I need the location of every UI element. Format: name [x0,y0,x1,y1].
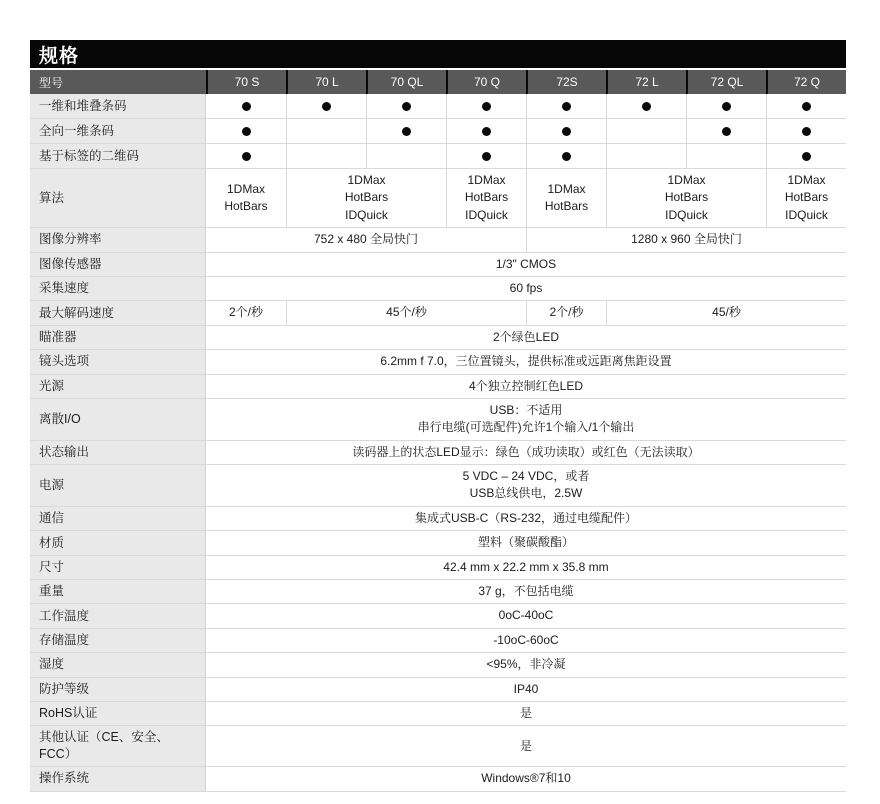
spec-row-operating-temp: 工作温度 0oC-40oC [30,604,846,628]
spec-row-discrete-io: 离散I/O USB：不适用 串行电缆(可选配件)允许1个输入/1个输出 [30,399,846,441]
feature-dot-cell [526,94,606,119]
spec-value: -10oC-60oC [206,629,846,653]
feature-dot-cell [446,119,526,144]
feature-dot-cell [606,119,686,144]
feature-dot-cell [286,119,366,144]
header-model: 70 S [206,70,286,94]
spec-value: 37 g，不包括电缆 [206,580,846,604]
spec-value: 5 VDC – 24 VDC，或者 USB总线供电，2.5W [206,465,846,507]
feature-dot-cell [366,94,446,119]
feature-dot-cell [686,144,766,169]
spec-row-status-output: 状态输出 读码器上的状态LED显示：绿色（成功读取）或红色（无法读取） [30,441,846,465]
row-label: 重量 [30,580,206,604]
row-label: 最大解码速度 [30,301,206,325]
feature-dot-cell [686,119,766,144]
feature-dot-cell [766,119,846,144]
spec-value: 45个/秒 [286,301,526,325]
spec-value: 1280 x 960 全局快门 [526,228,846,252]
feature-dot-cell [286,94,366,119]
spec-value: 1DMax HotBars IDQuick [606,169,766,228]
row-label: 光源 [30,375,206,399]
feature-dot-cell [366,119,446,144]
row-label: 图像传感器 [30,253,206,277]
row-label: 瞄准器 [30,326,206,350]
feature-dot-cell [446,144,526,169]
row-label: 算法 [30,169,206,228]
row-label: 电源 [30,465,206,507]
spec-value: 2个绿色LED [206,326,846,350]
row-label: 工作温度 [30,604,206,628]
spec-value: 60 fps [206,277,846,301]
spec-value: 1DMax HotBars IDQuick [286,169,446,228]
row-label: 其他认证（CE、安全、FCC） [30,726,206,767]
spec-row-power: 电源 5 VDC – 24 VDC，或者 USB总线供电，2.5W [30,465,846,507]
row-label: 采集速度 [30,277,206,301]
spec-row-humidity: 湿度 <95%，非冷凝 [30,653,846,677]
spec-row-storage-temp: 存储温度 -10oC-60oC [30,629,846,653]
row-label: 存储温度 [30,629,206,653]
spec-value: 4个独立控制红色LED [206,375,846,399]
feature-dot-cell [606,94,686,119]
feature-dot-cell [206,94,286,119]
feature-row-omni-1d: 全向一维条码 [30,119,846,144]
feature-dot-cell [206,119,286,144]
spec-table: 规格 型号 70 S 70 L 70 QL 70 Q 72S 72 L 72 Q… [30,40,846,792]
header-model: 72 Q [766,70,846,94]
spec-row-decode-rate: 最大解码速度 2个/秒 45个/秒 2个/秒 45/秒 [30,301,846,325]
row-label: 状态输出 [30,441,206,465]
spec-value: USB：不适用 串行电缆(可选配件)允许1个输入/1个输出 [206,399,846,441]
spec-row-operating-system: 操作系统 Windows®7和10 [30,767,846,791]
feature-dot-cell [766,94,846,119]
spec-value: 1DMax HotBars IDQuick [446,169,526,228]
row-label: 全向一维条码 [30,119,206,144]
feature-dot-cell [606,144,686,169]
spec-row-weight: 重量 37 g，不包括电缆 [30,580,846,604]
spec-row-aimer: 瞄准器 2个绿色LED [30,326,846,350]
spec-row-communication: 通信 集成式USB-C（RS-232，通过电缆配件） [30,507,846,531]
header-model: 70 L [286,70,366,94]
spec-value: 1DMax HotBars IDQuick [766,169,846,228]
feature-dot-cell [286,144,366,169]
feature-dot-cell [446,94,526,119]
spec-value: 0oC-40oC [206,604,846,628]
header-model: 72 QL [686,70,766,94]
row-label: 尺寸 [30,556,206,580]
spec-value: 2个/秒 [206,301,286,325]
feature-dot-cell [526,119,606,144]
spec-value: 集成式USB-C（RS-232，通过电缆配件） [206,507,846,531]
header-model: 72 L [606,70,686,94]
feature-dot-cell [366,144,446,169]
spec-row-illumination: 光源 4个独立控制红色LED [30,375,846,399]
spec-value: 是 [206,726,846,767]
spec-value: 1DMax HotBars [206,169,286,228]
row-label: 防护等级 [30,678,206,702]
row-label: 通信 [30,507,206,531]
spec-value: 1/3" CMOS [206,253,846,277]
header-model: 70 QL [366,70,446,94]
spec-row-acquisition-rate: 采集速度 60 fps [30,277,846,301]
feature-dot-cell [766,144,846,169]
spec-value: 是 [206,702,846,726]
spec-row-lens-options: 镜头选项 6.2mm f 7.0，三位置镜头，提供标准或远距离焦距设置 [30,350,846,374]
row-label: 镜头选项 [30,350,206,374]
spec-row-other-certifications: 其他认证（CE、安全、FCC） 是 [30,726,846,767]
header-model-label: 型号 [30,70,206,94]
spec-value: 752 x 480 全局快门 [206,228,526,252]
spec-row-protection-rating: 防护等级 IP40 [30,678,846,702]
row-label: 离散I/O [30,399,206,441]
spec-value: 6.2mm f 7.0，三位置镜头，提供标准或远距离焦距设置 [206,350,846,374]
spec-row-material: 材质 塑料（聚碳酸酯） [30,531,846,555]
spec-row-rohs: RoHS认证 是 [30,702,846,726]
header-model: 72S [526,70,606,94]
header-model: 70 Q [446,70,526,94]
feature-row-1d-stacked: 一维和堆叠条码 [30,94,846,119]
feature-dot-cell [526,144,606,169]
spec-row-algorithm: 算法 1DMax HotBars 1DMax HotBars IDQuick 1… [30,169,846,228]
spec-value: 读码器上的状态LED显示：绿色（成功读取）或红色（无法读取） [206,441,846,465]
spec-row-dimensions: 尺寸 42.4 mm x 22.2 mm x 35.8 mm [30,556,846,580]
row-label: 材质 [30,531,206,555]
spec-value: 塑料（聚碳酸酯） [206,531,846,555]
section-title-bar: 规格 [30,40,846,68]
feature-row-label-2d: 基于标签的二维码 [30,144,846,169]
feature-dot-cell [206,144,286,169]
spec-value: 42.4 mm x 22.2 mm x 35.8 mm [206,556,846,580]
model-header-row: 型号 70 S 70 L 70 QL 70 Q 72S 72 L 72 QL 7… [30,70,846,94]
spec-value: Windows®7和10 [206,767,846,791]
spec-value: 2个/秒 [526,301,606,325]
row-label: 基于标签的二维码 [30,144,206,169]
spec-value: 1DMax HotBars [526,169,606,228]
spec-row-sensor: 图像传感器 1/3" CMOS [30,253,846,277]
feature-dot-cell [686,94,766,119]
spec-value: <95%，非冷凝 [206,653,846,677]
row-label: 湿度 [30,653,206,677]
spec-row-resolution: 图像分辨率 752 x 480 全局快门 1280 x 960 全局快门 [30,228,846,252]
section-title: 规格 [39,41,79,68]
row-label: RoHS认证 [30,702,206,726]
spec-value: 45/秒 [606,301,846,325]
row-label: 图像分辨率 [30,228,206,252]
spec-value: IP40 [206,678,846,702]
row-label: 操作系统 [30,767,206,791]
row-label: 一维和堆叠条码 [30,94,206,119]
